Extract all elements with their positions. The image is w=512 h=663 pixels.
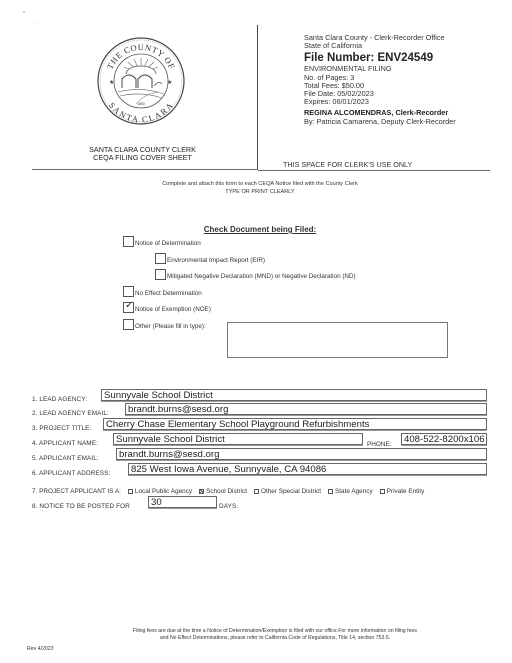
option-eir[interactable]: Environmental Impact Report (EIR) (155, 253, 265, 264)
applicant-type-school-district[interactable]: School District (199, 488, 247, 495)
lead-agency-email-label: 2. LEAD AGENCY EMAIL: (32, 410, 109, 417)
option-label: No Effect Determination (135, 290, 202, 297)
option-label: State Agency (335, 488, 373, 495)
checkbox[interactable] (123, 319, 134, 330)
option-label: Mitigated Negative Declaration (MND) or … (167, 273, 356, 280)
project-title-input[interactable]: Cherry Chase Elementary School Playgroun… (103, 418, 487, 430)
checkbox[interactable] (328, 489, 333, 494)
notice-days-label: 8. NOTICE TO BE POSTED FOR (32, 503, 130, 510)
header-divider-left (32, 169, 258, 170)
applicant-type-other-special-district[interactable]: Other Special District (254, 488, 321, 495)
option-notice-of-determination[interactable]: Notice of Determination (123, 236, 201, 247)
svg-text:★: ★ (109, 79, 114, 86)
scan-speck (23, 11, 25, 13)
clerk-use-label: THIS SPACE FOR CLERK'S USE ONLY (283, 160, 412, 169)
option-label: Other Special District (261, 488, 321, 495)
checkbox[interactable] (123, 236, 134, 247)
option-label: Environmental Impact Report (EIR) (167, 257, 265, 264)
notice-days-input[interactable]: 30 (148, 496, 217, 508)
footer-line1: Filing fees are due at the time a Notice… (60, 628, 490, 635)
notice-days-suffix: DAYS. (219, 503, 238, 510)
clerk-title-line2: CEQA FILING COVER SHEET (40, 154, 245, 162)
checkbox[interactable] (254, 489, 259, 494)
lead-agency-email-input[interactable]: brandt.burns@sesd.org (125, 403, 487, 415)
svg-text:1850: 1850 (137, 102, 145, 106)
checkbox[interactable] (155, 269, 166, 280)
applicant-type-state-agency[interactable]: State Agency (328, 488, 373, 495)
checkbox[interactable] (155, 253, 166, 264)
instructions: Complete and attach this form to each CE… (100, 180, 420, 196)
lead-agency-label: 1. LEAD AGENCY: (32, 396, 87, 403)
checkbox[interactable] (123, 286, 134, 297)
deputy-name: By: Patricia Camarena, Deputy Clerk-Reco… (304, 118, 509, 126)
applicant-type-local-public-agency[interactable]: Local Public Agency (128, 488, 192, 495)
option-label: Other (Please fill in type): (135, 323, 206, 330)
instructions-line1: Complete and attach this form to each CE… (100, 180, 420, 188)
option-label: Private Entity (387, 488, 425, 495)
checkbox-checked[interactable] (199, 489, 204, 494)
applicant-address-label: 6. APPLICANT ADDRESS: (32, 470, 110, 477)
other-type-input[interactable] (227, 322, 448, 358)
header-divider-right (258, 170, 490, 171)
option-label: Notice of Determination (135, 240, 201, 247)
checkmark-icon: ✓ (125, 300, 133, 312)
revision-label: Rev 4/2023 (27, 646, 54, 652)
applicant-email-label: 5. APPLICANT EMAIL: (32, 455, 99, 462)
filing-stamp: Santa Clara County - Clerk-Recorder Offi… (304, 34, 509, 126)
applicant-type-label: 7. PROJECT APPLICANT IS A: (32, 488, 121, 495)
checkbox-checked[interactable]: ✓ (123, 302, 134, 313)
county-seal-icon: THE COUNTY OF SANTA CLARA ★ ★ 1850 (96, 36, 186, 126)
applicant-email-input[interactable]: brandt.burns@sesd.org (116, 448, 487, 460)
instructions-line2: TYPE OR PRINT CLEARLY (100, 188, 420, 196)
phone-label: PHONE: (367, 441, 392, 448)
expiry-date: Expires: 06/01/2023 (304, 98, 509, 106)
document-type-heading: Check Document being Filed: (100, 225, 420, 234)
applicant-type-private-entity[interactable]: Private Entity (380, 488, 425, 495)
office-state: State of California (304, 42, 509, 50)
svg-text:★: ★ (167, 79, 172, 86)
applicant-address-input[interactable]: 825 West Iowa Avenue, Sunnyvale, CA 9408… (128, 463, 487, 475)
header-divider-vertical (257, 25, 258, 170)
option-label: School District (206, 488, 247, 495)
option-no-effect-determination[interactable]: No Effect Determination (123, 286, 202, 297)
project-title-label: 3. PROJECT TITLE: (32, 425, 91, 432)
applicant-name-label: 4. APPLICANT NAME: (32, 440, 98, 447)
checkbox[interactable] (128, 489, 133, 494)
applicant-name-input[interactable]: Sunnyvale School District (113, 433, 363, 445)
footer-line2: and No Effect Determinations, please ref… (60, 635, 490, 642)
clerk-title: SANTA CLARA COUNTY CLERK CEQA FILING COV… (40, 146, 245, 162)
option-other[interactable]: Other (Please fill in type): (123, 319, 206, 330)
option-mnd-nd[interactable]: Mitigated Negative Declaration (MND) or … (155, 269, 356, 280)
scan-speck (37, 22, 38, 23)
applicant-type-row: 7. PROJECT APPLICANT IS A: Local Public … (32, 488, 424, 495)
lead-agency-input[interactable]: Sunnyvale School District (101, 389, 487, 401)
option-notice-of-exemption[interactable]: ✓ Notice of Exemption (NOE) (123, 302, 211, 313)
checkbox[interactable] (380, 489, 385, 494)
option-label: Local Public Agency (135, 488, 192, 495)
footer-note: Filing fees are due at the time a Notice… (60, 628, 490, 642)
option-label: Notice of Exemption (NOE) (135, 306, 211, 313)
phone-input[interactable]: 408-522-8200x106 (401, 433, 487, 445)
